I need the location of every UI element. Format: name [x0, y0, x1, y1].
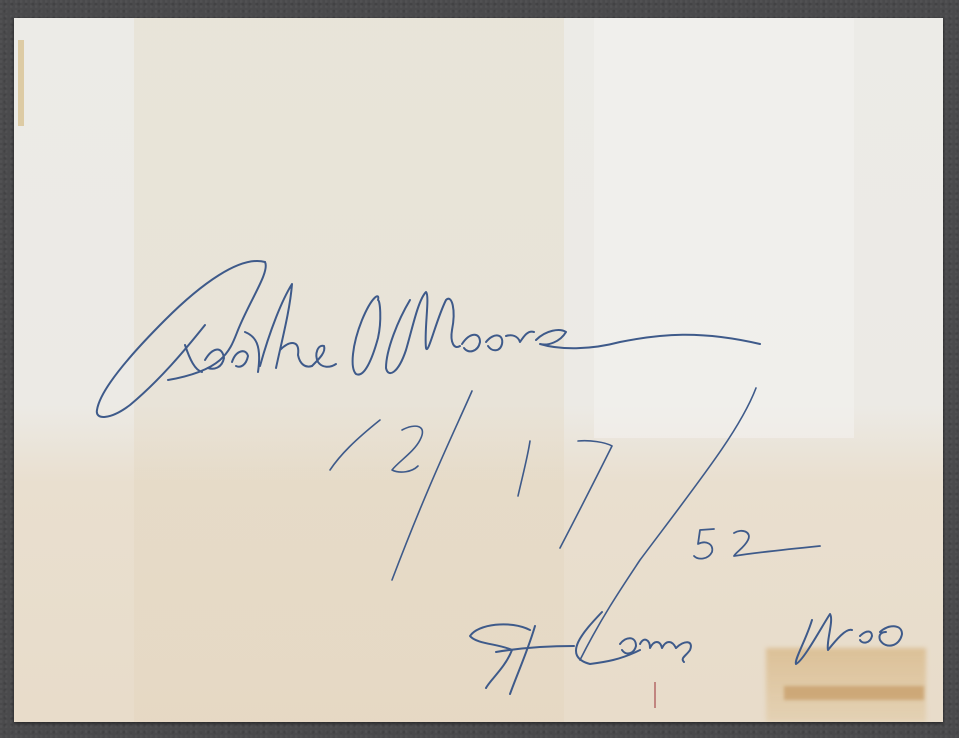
- location-st-louis-mo: [470, 612, 902, 694]
- signature-moore: [353, 292, 760, 375]
- handwriting-ink: [0, 0, 959, 738]
- date-12-17-52: [330, 388, 820, 660]
- signature-archie: [97, 261, 336, 417]
